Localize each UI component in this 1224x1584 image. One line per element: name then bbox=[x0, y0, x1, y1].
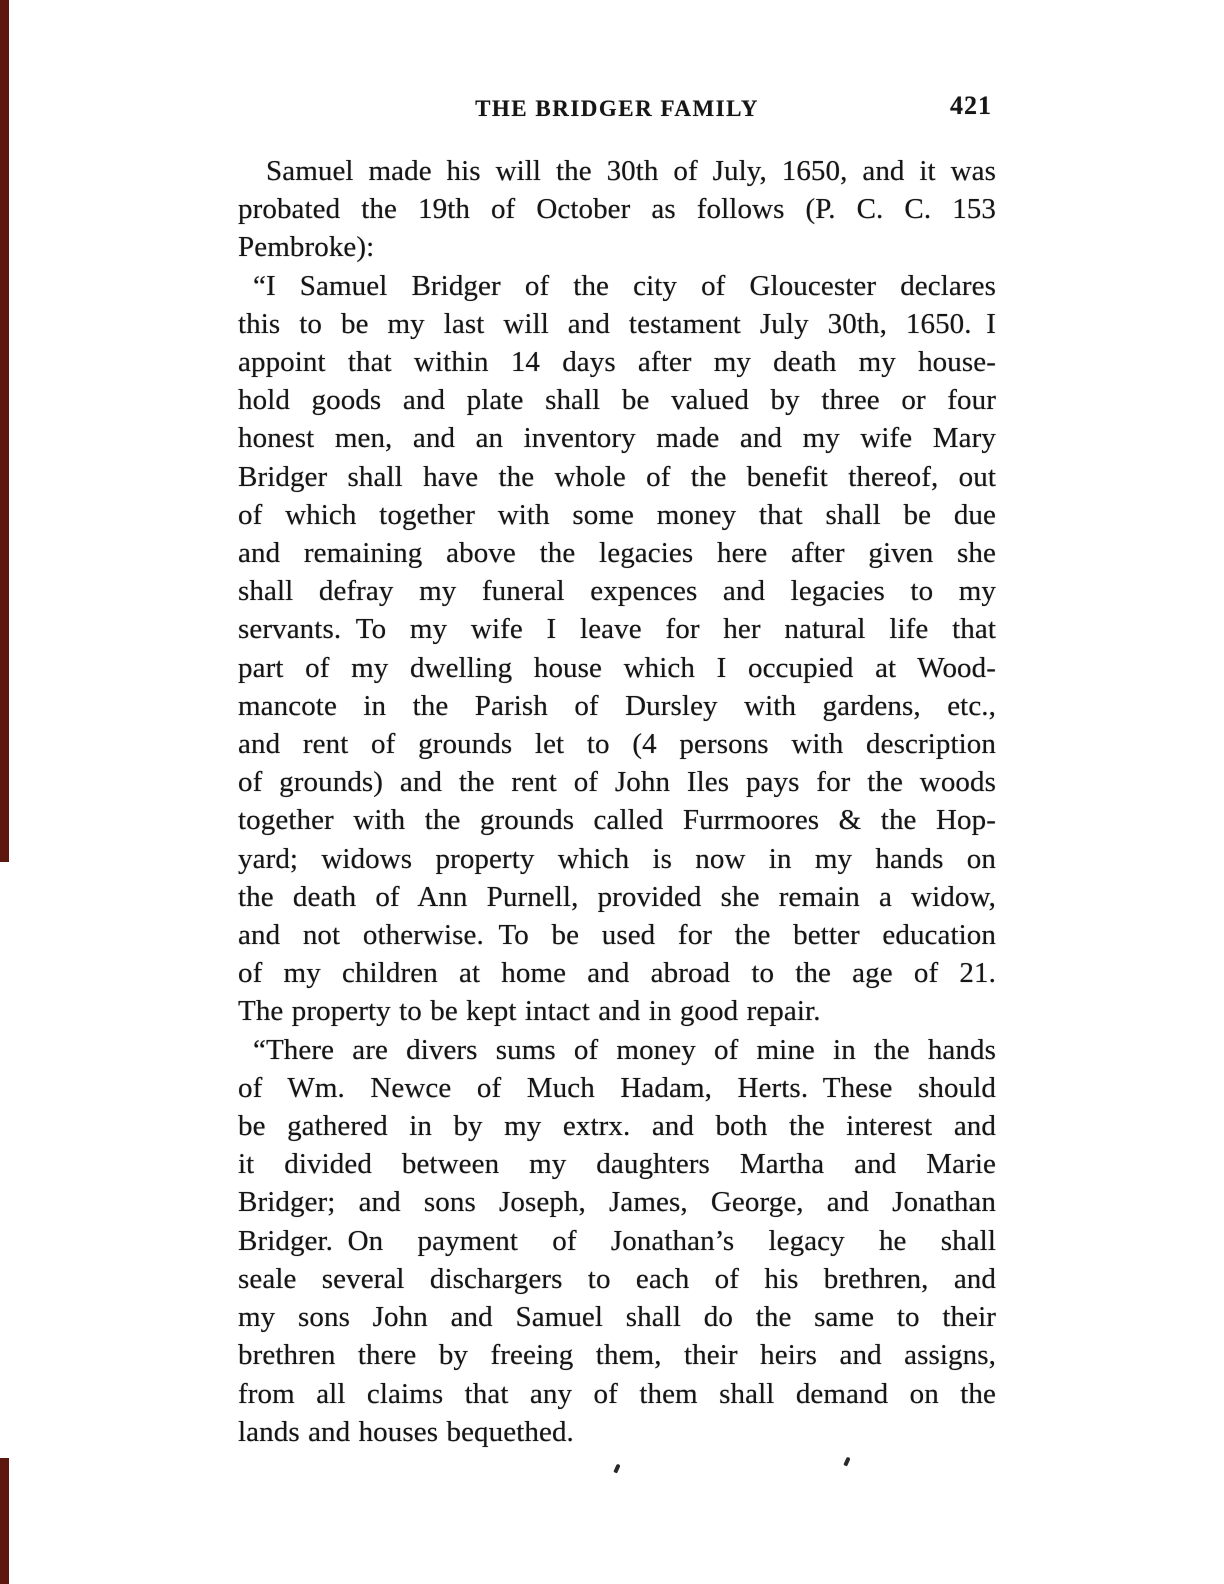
text-line: Samuel made his will the 30th of July, 1… bbox=[238, 152, 996, 190]
text-line: mancote in the Parish of Dursley with ga… bbox=[238, 687, 996, 725]
text-line: of grounds) and the rent of John Iles pa… bbox=[238, 763, 996, 801]
scan-edge-mark-top bbox=[0, 0, 9, 862]
text-line: brethren there by freeing them, their he… bbox=[238, 1336, 996, 1374]
text-line: The property to be kept intact and in go… bbox=[238, 992, 996, 1030]
page-content: THE BRIDGER FAMILY 421 Samuel made his w… bbox=[238, 96, 996, 1451]
text-line: be gathered in by my extrx. and both the… bbox=[238, 1107, 996, 1145]
running-title: THE BRIDGER FAMILY bbox=[475, 96, 759, 121]
page-header: THE BRIDGER FAMILY 421 bbox=[238, 96, 996, 122]
text-line: from all claims that any of them shall d… bbox=[238, 1375, 996, 1413]
text-line: hold goods and plate shall be valued by … bbox=[238, 381, 996, 419]
body-text: Samuel made his will the 30th of July, 1… bbox=[238, 152, 996, 1451]
text-line: yard; widows property which is now in my… bbox=[238, 840, 996, 878]
text-line: my sons John and Samuel shall do the sam… bbox=[238, 1298, 996, 1336]
text-line: of my children at home and abroad to the… bbox=[238, 954, 996, 992]
text-line: seale several dischargers to each of his… bbox=[238, 1260, 996, 1298]
text-line: part of my dwelling house which I occupi… bbox=[238, 649, 996, 687]
text-line: and remaining above the legacies here af… bbox=[238, 534, 996, 572]
text-line: Bridger; and sons Joseph, James, George,… bbox=[238, 1183, 996, 1221]
scan-speck bbox=[613, 1464, 620, 1474]
text-line: appoint that within 14 days after my dea… bbox=[238, 343, 996, 381]
text-line: Bridger shall have the whole of the bene… bbox=[238, 458, 996, 496]
text-line: shall defray my funeral expences and leg… bbox=[238, 572, 996, 610]
text-line: Pembroke): bbox=[238, 228, 996, 266]
text-line: of which together with some money that s… bbox=[238, 496, 996, 534]
text-line: “There are divers sums of money of mine … bbox=[238, 1031, 996, 1069]
text-line: probated the 19th of October as follows … bbox=[238, 190, 996, 228]
text-line: honest men, and an inventory made and my… bbox=[238, 419, 996, 457]
text-line: together with the grounds called Furrmoo… bbox=[238, 801, 996, 839]
text-line: lands and houses bequethed. bbox=[238, 1413, 996, 1451]
text-line: this to be my last will and testament Ju… bbox=[238, 305, 996, 343]
text-line: “I Samuel Bridger of the city of Glouces… bbox=[238, 267, 996, 305]
text-line: of Wm. Newce of Much Hadam, Herts. These… bbox=[238, 1069, 996, 1107]
scan-edge-mark-bottom bbox=[0, 1458, 9, 1584]
text-line: and rent of grounds let to (4 persons wi… bbox=[238, 725, 996, 763]
text-line: and not otherwise. To be used for the be… bbox=[238, 916, 996, 954]
text-line: Bridger. On payment of Jonathan’s legacy… bbox=[238, 1222, 996, 1260]
text-line: the death of Ann Purnell, provided she r… bbox=[238, 878, 996, 916]
text-line: servants. To my wife I leave for her nat… bbox=[238, 610, 996, 648]
scan-speck bbox=[843, 1457, 850, 1467]
text-line: it divided between my daughters Martha a… bbox=[238, 1145, 996, 1183]
scanned-book-page: THE BRIDGER FAMILY 421 Samuel made his w… bbox=[0, 0, 1224, 1584]
page-number: 421 bbox=[950, 93, 992, 119]
